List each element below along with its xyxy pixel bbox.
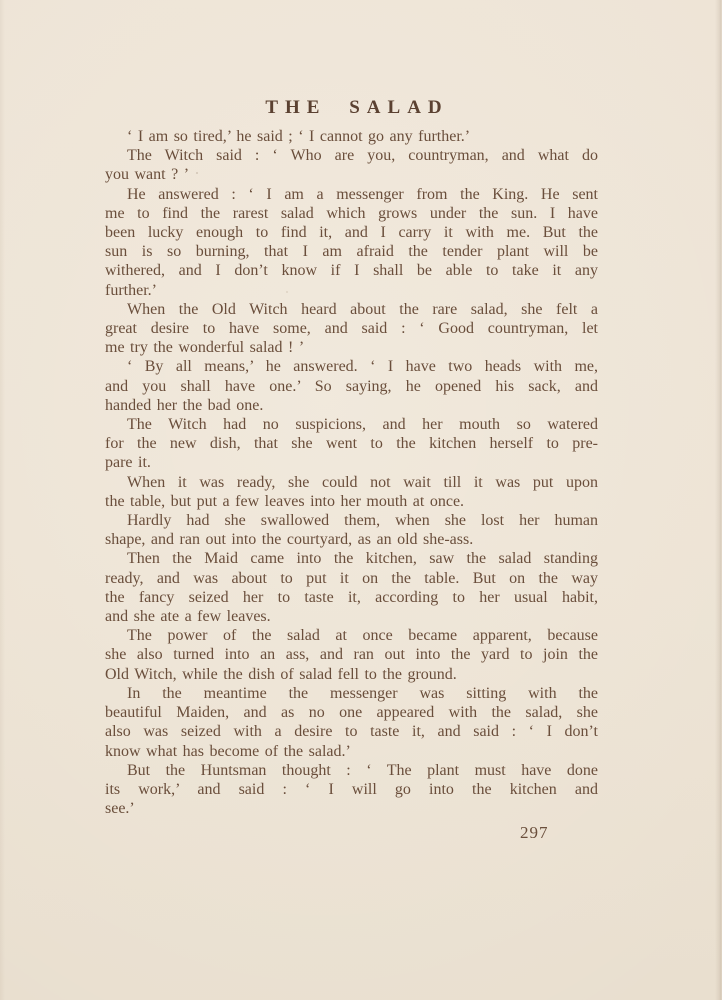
text-line: further.’ [105, 281, 598, 300]
text-line: He answered : ‘ I am a messenger from th… [105, 185, 598, 204]
text-line: Old Witch, while the dish of salad fell … [105, 665, 598, 684]
text-line: know what has become of the salad.’ [105, 742, 598, 761]
text-line: The Witch had no suspicions, and her mou… [105, 415, 598, 434]
book-page: THE SALAD ‘ I am so tired,’ he said ; ‘ … [0, 0, 722, 1000]
text-line: she also turned into an ass, and ran out… [105, 645, 598, 664]
text-line: you want ? ’ [105, 165, 598, 184]
text-line: for the new dish, that she went to the k… [105, 434, 598, 453]
text-line: and she ate a few leaves. [105, 607, 598, 626]
text-line: been lucky enough to find it, and I carr… [105, 223, 598, 242]
text-line: pare it. [105, 453, 598, 472]
text-line: withered, and I don’t know if I shall be… [105, 261, 598, 280]
page-title: THE SALAD [0, 97, 714, 119]
text-line: In the meantime the messenger was sittin… [105, 684, 598, 703]
text-line: me to find the rarest salad which grows … [105, 204, 598, 223]
text-line: its work,’ and said : ‘ I will go into t… [105, 780, 598, 799]
text-line: ready, and was about to put it on the ta… [105, 569, 598, 588]
page-left-edge-shading [0, 0, 5, 1000]
text-line: ‘ I am so tired,’ he said ; ‘ I cannot g… [105, 127, 598, 146]
page-number: 297 [520, 823, 549, 843]
text-line: me try the wonderful salad ! ’ [105, 338, 598, 357]
text-block: ‘ I am so tired,’ he said ; ‘ I cannot g… [105, 127, 598, 818]
text-line: also was seized with a desire to taste i… [105, 722, 598, 741]
text-line: great desire to have some, and said : ‘ … [105, 319, 598, 338]
text-line: Then the Maid came into the kitchen, saw… [105, 549, 598, 568]
text-line: the fancy seized her to taste it, accord… [105, 588, 598, 607]
text-line: and you shall have one.’ So saying, he o… [105, 377, 598, 396]
text-line: Hardly had she swallowed them, when she … [105, 511, 598, 530]
text-line: The Witch said : ‘ Who are you, countrym… [105, 146, 598, 165]
text-line: sun is so burning, that I am afraid the … [105, 242, 598, 261]
text-line: But the Huntsman thought : ‘ The plant m… [105, 761, 598, 780]
text-line: The power of the salad at once became ap… [105, 626, 598, 645]
page-right-edge-shading [715, 0, 722, 1000]
text-line: shape, and ran out into the courtyard, a… [105, 530, 598, 549]
text-line: handed her the bad one. [105, 396, 598, 415]
text-line: beautiful Maiden, and as no one appeared… [105, 703, 598, 722]
text-line: When it was ready, she could not wait ti… [105, 473, 598, 492]
text-line: ‘ By all means,’ he answered. ‘ I have t… [105, 357, 598, 376]
text-line: the table, but put a few leaves into her… [105, 492, 598, 511]
text-line: see.’ [105, 799, 598, 818]
text-line: When the Old Witch heard about the rare … [105, 300, 598, 319]
